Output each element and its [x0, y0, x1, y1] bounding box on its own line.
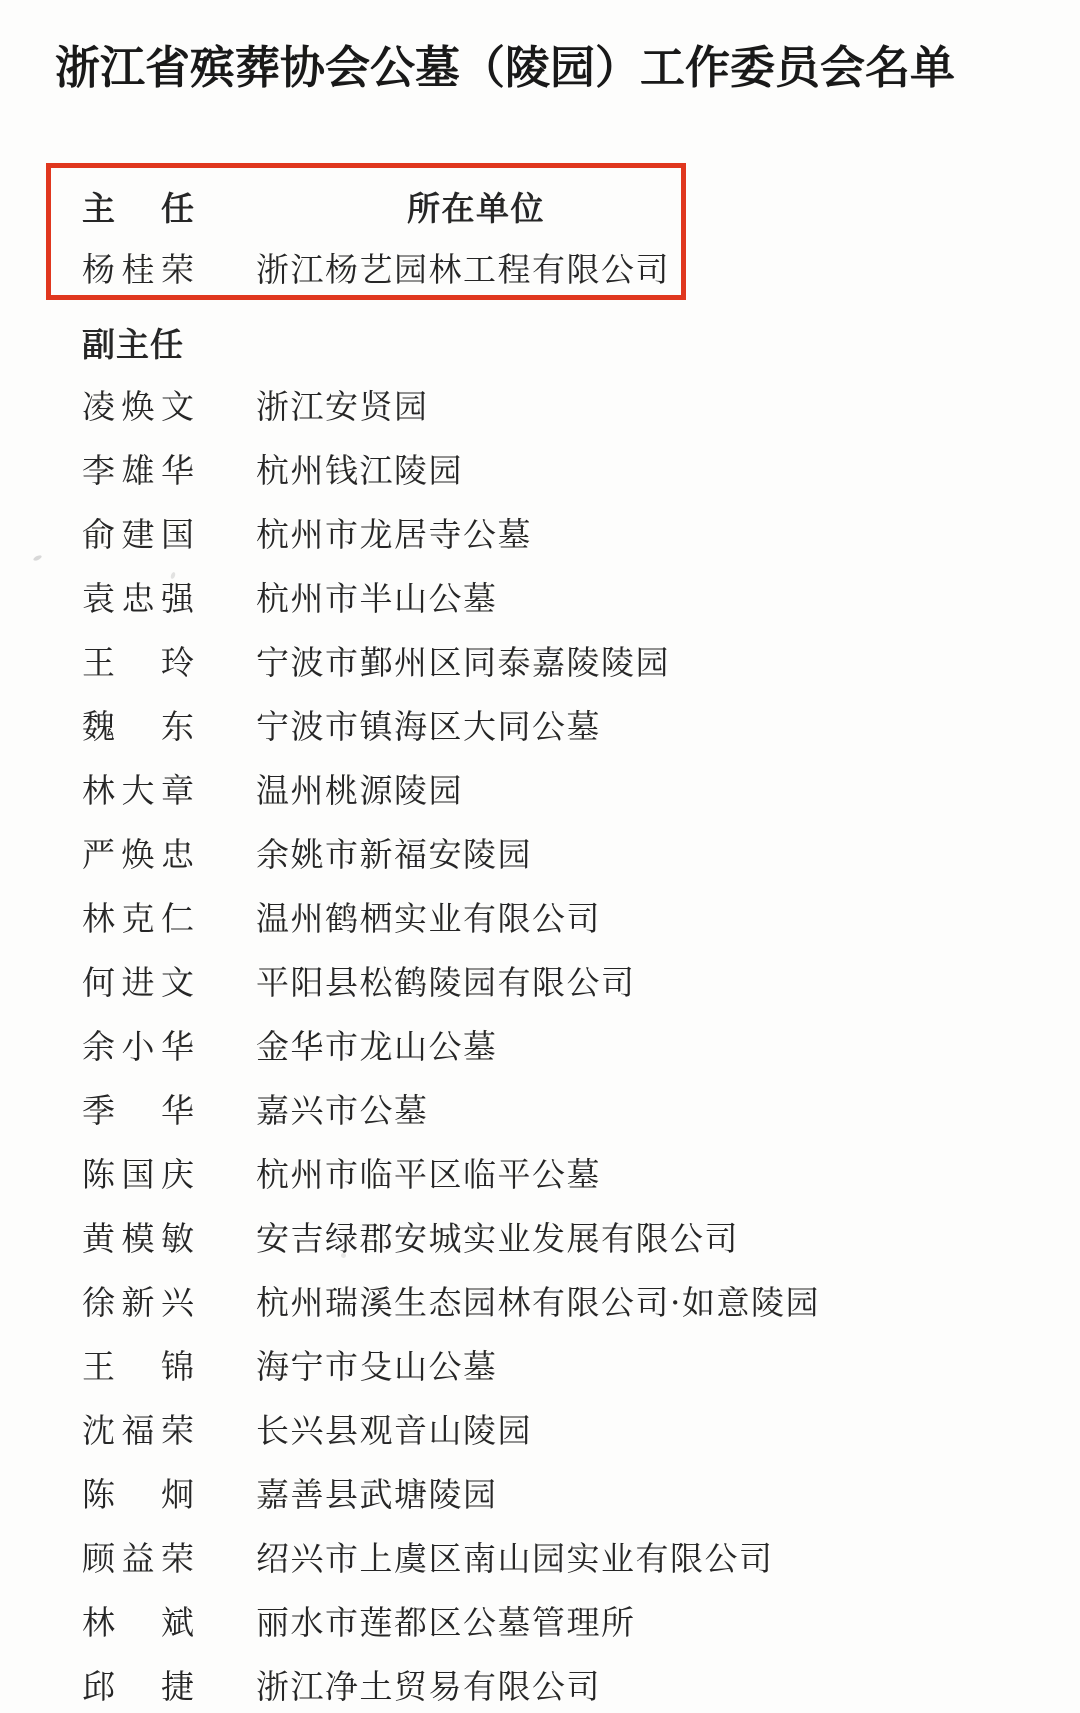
member-name: 王 玲 — [82, 631, 194, 695]
member-row: 魏 东 宁波市镇海区大同公墓 — [0, 695, 1080, 759]
member-name: 徐新兴 — [82, 1271, 194, 1335]
member-row: 徐新兴 杭州瑞溪生态园林有限公司·如意陵园 — [0, 1271, 1080, 1335]
chairman-name: 杨桂荣 — [82, 239, 194, 300]
member-row: 王 玲 宁波市鄞州区同泰嘉陵陵园 — [0, 631, 1080, 695]
member-row: 季 华 嘉兴市公墓 — [0, 1079, 1080, 1143]
member-name: 俞建国 — [82, 503, 194, 567]
member-row: 袁忠强 杭州市半山公墓 — [0, 567, 1080, 631]
member-org: 温州桃源陵园 — [256, 759, 463, 823]
scan-speck — [341, 1253, 346, 1258]
member-name: 魏 东 — [82, 695, 194, 759]
member-org: 宁波市镇海区大同公墓 — [256, 695, 601, 759]
member-name: 凌焕文 — [82, 375, 194, 439]
member-name: 林大章 — [82, 759, 194, 823]
member-name: 王 锦 — [82, 1335, 194, 1399]
member-name: 严焕忠 — [82, 823, 194, 887]
member-org: 浙江安贤园 — [256, 375, 429, 439]
vice-chairman-list: 凌焕文 浙江安贤园 李雄华 杭州钱江陵园 俞建国 杭州市龙居寺公墓 袁忠强 杭州… — [0, 375, 1080, 1713]
member-org: 浙江净土贸易有限公司 — [256, 1655, 601, 1713]
member-row: 邱 捷 浙江净土贸易有限公司 — [0, 1655, 1080, 1713]
member-row: 林 斌 丽水市莲都区公墓管理所 — [0, 1591, 1080, 1655]
member-row: 林克仁 温州鹤栖实业有限公司 — [0, 887, 1080, 951]
member-row: 沈福荣 长兴县观音山陵园 — [0, 1399, 1080, 1463]
member-name: 顾益荣 — [82, 1527, 194, 1591]
member-org: 安吉绿郡安城实业发展有限公司 — [256, 1207, 739, 1271]
page-title: 浙江省殡葬协会公墓（陵园）工作委员会名单 — [0, 40, 1080, 96]
member-org: 杭州市半山公墓 — [256, 567, 498, 631]
section-label-vice-chairman: 副主任 — [82, 325, 1080, 365]
member-name: 邱 捷 — [82, 1655, 194, 1713]
member-org: 温州鹤栖实业有限公司 — [256, 887, 601, 951]
member-row: 陈国庆 杭州市临平区临平公墓 — [0, 1143, 1080, 1207]
member-name: 陈 炯 — [82, 1463, 194, 1527]
scanned-document-page: { "page": { "title": "浙江省殡葬协会公墓（陵园）工作委员会… — [0, 0, 1080, 1713]
member-name: 余小华 — [82, 1015, 194, 1079]
member-org: 杭州钱江陵园 — [256, 439, 463, 503]
member-org: 金华市龙山公墓 — [256, 1015, 498, 1079]
member-org: 绍兴市上虞区南山园实业有限公司 — [256, 1527, 774, 1591]
member-org: 杭州市临平区临平公墓 — [256, 1143, 601, 1207]
member-org: 嘉善县武塘陵园 — [256, 1463, 498, 1527]
member-org: 丽水市莲都区公墓管理所 — [256, 1591, 636, 1655]
member-row: 陈 炯 嘉善县武塘陵园 — [0, 1463, 1080, 1527]
chairman-org: 浙江杨艺园林工程有限公司 — [256, 239, 670, 300]
chairman-highlight-box: 主 任 所在单位 杨桂荣 浙江杨艺园林工程有限公司 — [46, 163, 686, 300]
member-org: 海宁市殳山公墓 — [256, 1335, 498, 1399]
member-org: 平阳县松鹤陵园有限公司 — [256, 951, 636, 1015]
member-row: 凌焕文 浙江安贤园 — [0, 375, 1080, 439]
member-name: 林 斌 — [82, 1591, 194, 1655]
chairman-row: 杨桂荣 浙江杨艺园林工程有限公司 — [82, 239, 681, 300]
member-name: 何进文 — [82, 951, 194, 1015]
member-org: 余姚市新福安陵园 — [256, 823, 532, 887]
member-org: 杭州市龙居寺公墓 — [256, 503, 532, 567]
member-org: 杭州瑞溪生态园林有限公司·如意陵园 — [256, 1271, 820, 1335]
member-name: 沈福荣 — [82, 1399, 194, 1463]
member-name: 季 华 — [82, 1079, 194, 1143]
member-name: 袁忠强 — [82, 567, 194, 631]
member-name: 黄模敏 — [82, 1207, 194, 1271]
member-name: 林克仁 — [82, 887, 194, 951]
member-row: 俞建国 杭州市龙居寺公墓 — [0, 503, 1080, 567]
member-name: 李雄华 — [82, 439, 194, 503]
role-label-chairman: 主 任 — [82, 178, 194, 239]
member-org: 宁波市鄞州区同泰嘉陵陵园 — [256, 631, 670, 695]
member-row: 何进文 平阳县松鹤陵园有限公司 — [0, 951, 1080, 1015]
member-row: 李雄华 杭州钱江陵园 — [0, 439, 1080, 503]
member-row: 顾益荣 绍兴市上虞区南山园实业有限公司 — [0, 1527, 1080, 1591]
member-name: 陈国庆 — [82, 1143, 194, 1207]
member-org: 嘉兴市公墓 — [256, 1079, 429, 1143]
member-row: 余小华 金华市龙山公墓 — [0, 1015, 1080, 1079]
chairman-header-row: 主 任 所在单位 — [82, 178, 681, 239]
member-row: 王 锦 海宁市殳山公墓 — [0, 1335, 1080, 1399]
member-row: 黄模敏 安吉绿郡安城实业发展有限公司 — [0, 1207, 1080, 1271]
member-row: 严焕忠 余姚市新福安陵园 — [0, 823, 1080, 887]
member-row: 林大章 温州桃源陵园 — [0, 759, 1080, 823]
member-org: 长兴县观音山陵园 — [256, 1399, 532, 1463]
org-column-header: 所在单位 — [256, 178, 696, 239]
